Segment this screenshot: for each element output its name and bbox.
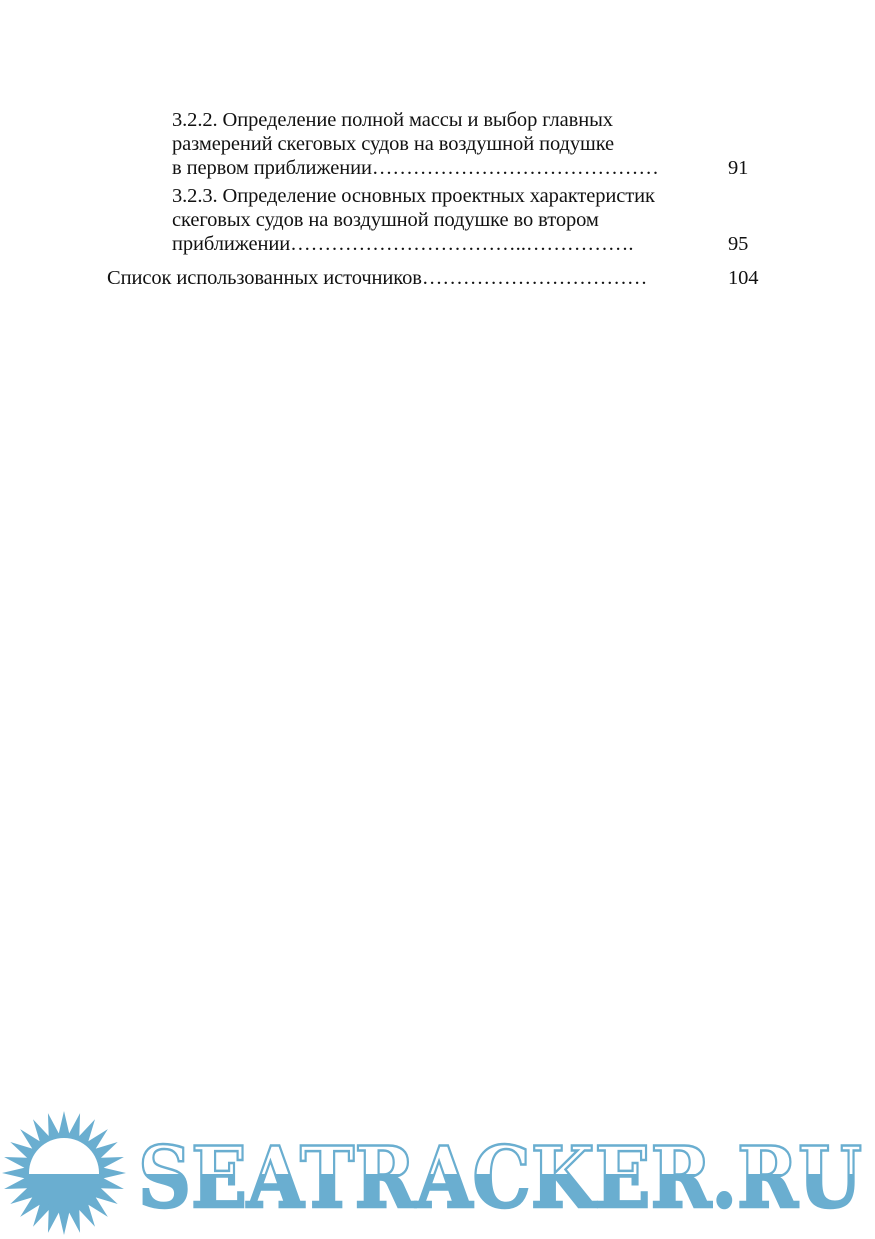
toc-leader-dots: …………………………………… [372, 157, 659, 179]
toc-page-number: 91 [728, 156, 748, 180]
watermark-text: SEATRACKER.RU SEATRACKER.RU [138, 1128, 862, 1227]
toc-page-number: 95 [728, 232, 748, 256]
toc-entry-3-2-3-line-1: 3.2.3. Определение основных проектных ха… [172, 184, 655, 208]
toc-leader-dots: …………………………… [422, 267, 648, 289]
toc-entry-3-2-2-line-1: 3.2.2. Определение полной массы и выбор … [172, 108, 613, 132]
sun-over-sea-icon [2, 1111, 126, 1235]
toc-entry-title: приближении [172, 233, 290, 255]
watermark-logo: SEATRACKER.RU SEATRACKER.RU [0, 1100, 875, 1239]
toc-entry-3-2-3-line-3: приближении……………………………..……………. [172, 232, 634, 256]
toc-entry-title: в первом приближении [172, 157, 372, 179]
toc-entry-3-2-2-line-2: размерений скеговых судов на воздушной п… [172, 132, 614, 156]
toc-entry-title: Список использованных источников [107, 267, 422, 289]
toc-entry-3-2-3-line-2: скеговых судов на воздушной подушке во в… [172, 208, 599, 232]
toc-entry-references: Список использованных источников……………………… [107, 266, 647, 290]
toc-page-number: 104 [728, 266, 758, 290]
toc-entry-3-2-2-line-3: в первом приближении…………………………………… [172, 156, 659, 180]
toc-leader-dots: ……………………………..……………. [290, 233, 633, 255]
